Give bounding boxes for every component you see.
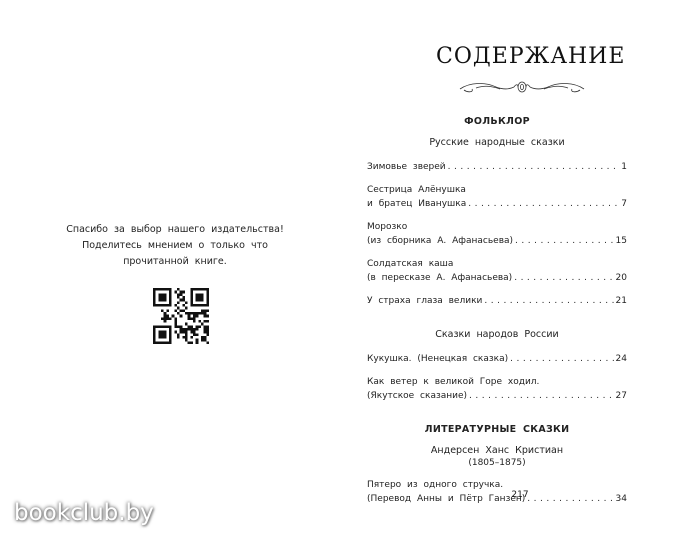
entry-page: 1: [621, 160, 627, 174]
subsection-heading: Русские народные сказки: [367, 137, 627, 148]
leader-dots: ........................................…: [484, 294, 613, 308]
entry-title: Сестрица Алёнушка: [367, 183, 627, 197]
toc-entry[interactable]: У страха глаза велики...................…: [367, 294, 627, 308]
entry-title: Кукушка. (Ненецкая сказка): [367, 352, 508, 366]
entry-page: 21: [616, 294, 627, 308]
author-name: Андерсен Ханс Кристиан: [367, 445, 627, 456]
entry-title: и братец Иванушка: [367, 197, 466, 211]
leader-dots: ........................................…: [468, 197, 619, 211]
subsection-heading: Сказки народов России: [367, 329, 627, 340]
table-of-contents: ФОЛЬКЛОР Русские народные сказки Зимовье…: [367, 116, 627, 515]
thanks-line: Поделитесь мнением о только что: [55, 238, 295, 254]
toc-entry[interactable]: Как ветер к великой Горе ходил. (Якутско…: [367, 375, 627, 403]
entry-page: 27: [616, 389, 627, 403]
entry-page: 24: [616, 352, 627, 366]
toc-entry[interactable]: Зимовье зверей..........................…: [367, 160, 627, 174]
page-number: 217: [490, 490, 550, 500]
right-page: СОДЕРЖАНИЕ ФОЛЬКЛОР Русские народные ска…: [350, 0, 700, 543]
section-heading: ЛИТЕРАТУРНЫЕ СКАЗКИ: [367, 424, 627, 435]
author-dates: (1805–1875): [367, 458, 627, 468]
toc-entry[interactable]: Сестрица Алёнушка и братец Иванушка.....…: [367, 183, 627, 211]
entry-page: 20: [616, 271, 627, 285]
entry-title: Солдатская каша: [367, 257, 627, 271]
entry-title: Как ветер к великой Горе ходил.: [367, 375, 627, 389]
decorative-flourish-icon: [456, 80, 588, 94]
toc-entry[interactable]: Солдатская каша (в пересказе А. Афанасье…: [367, 257, 627, 285]
section-heading: ФОЛЬКЛОР: [367, 116, 627, 127]
qr-code-icon[interactable]: [153, 288, 209, 344]
thanks-message: Спасибо за выбор нашего издательства! По…: [55, 222, 295, 270]
entry-title: У страха глаза велики: [367, 294, 482, 308]
entry-page: 7: [621, 197, 627, 211]
thanks-line: Спасибо за выбор нашего издательства!: [55, 222, 295, 238]
entry-title: Зимовье зверей: [367, 160, 446, 174]
thanks-line: прочитанной книге.: [55, 254, 295, 270]
page-title: СОДЕРЖАНИЕ: [436, 44, 608, 69]
toc-entry[interactable]: Морозко (из сборника А. Афанасьева).....…: [367, 220, 627, 248]
leader-dots: ........................................…: [469, 389, 614, 403]
toc-entry[interactable]: Кукушка. (Ненецкая сказка)..............…: [367, 352, 627, 366]
entry-page: 15: [616, 234, 627, 248]
leader-dots: ........................................…: [515, 234, 614, 248]
entry-title: Морозко: [367, 220, 627, 234]
entry-page: 34: [616, 492, 627, 506]
leader-dots: ........................................…: [514, 271, 613, 285]
entry-title: (из сборника А. Афанасьева): [367, 234, 513, 248]
leader-dots: ........................................…: [510, 352, 613, 366]
entry-title: (Якутское сказание): [367, 389, 467, 403]
left-page: Спасибо за выбор нашего издательства! По…: [0, 0, 350, 543]
entry-title: (в пересказе А. Афанасьева): [367, 271, 512, 285]
watermark: bookclub.by: [14, 500, 154, 526]
leader-dots: ........................................…: [448, 160, 620, 174]
